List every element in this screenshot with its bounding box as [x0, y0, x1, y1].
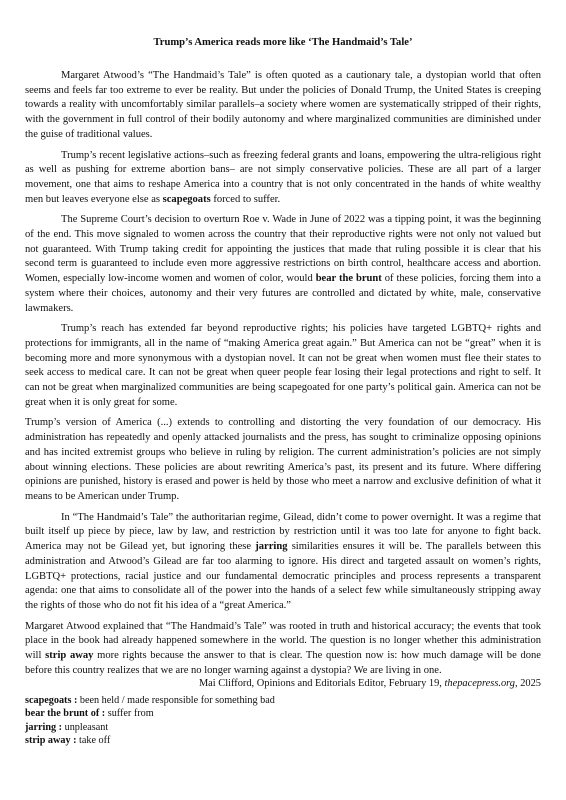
byline-year: , 2025 [515, 678, 541, 689]
vocabulary-highlight: bear the brunt [316, 273, 382, 284]
paragraph: Margaret Atwood’s “The Handmaid’s Tale” … [25, 69, 541, 143]
byline-source: thepacepress.org [445, 678, 516, 689]
paragraph-text: Trump’s version of America (...) extends… [25, 417, 541, 502]
glossary-definition: take off [77, 735, 111, 746]
glossary-term: bear the brunt of : [25, 708, 105, 719]
paragraph: Trump’s version of America (...) extends… [25, 416, 541, 504]
paragraph-text: Trump’s reach has extended far beyond re… [25, 323, 541, 408]
byline-author: Mai Clifford, Opinions and Editorials Ed… [199, 678, 445, 689]
paragraph: Trump’s recent legislative actions–such … [25, 149, 541, 208]
glossary-term: strip away : [25, 735, 77, 746]
paragraph-text: Margaret Atwood’s “The Handmaid’s Tale” … [25, 70, 541, 140]
glossary-item: strip away : take off [25, 734, 275, 747]
paragraph: The Supreme Court’s decision to overturn… [25, 213, 541, 316]
glossary-definition: been held / made responsible for somethi… [77, 695, 274, 706]
glossary: scapegoats : been held / made responsibl… [25, 694, 275, 748]
glossary-definition: unpleasant [62, 722, 108, 733]
glossary-item: bear the brunt of : suffer from [25, 707, 275, 720]
paragraph: Trump’s reach has extended far beyond re… [25, 322, 541, 410]
paragraph-text: Trump’s recent legislative actions–such … [25, 150, 541, 205]
vocabulary-highlight: strip away [45, 650, 93, 661]
article-body: Margaret Atwood’s “The Handmaid’s Tale” … [25, 69, 541, 684]
glossary-term: jarring : [25, 722, 62, 733]
vocabulary-highlight: jarring [255, 541, 287, 552]
byline: Mai Clifford, Opinions and Editorials Ed… [199, 677, 541, 692]
paragraph: In “The Handmaid’s Tale” the authoritari… [25, 511, 541, 614]
paragraph-text: more rights because the answer to that i… [25, 650, 541, 676]
glossary-term: scapegoats : [25, 695, 77, 706]
paragraph: Margaret Atwood explained that “The Hand… [25, 620, 541, 679]
paragraph-text: forced to suffer. [211, 194, 281, 205]
glossary-definition: suffer from [105, 708, 153, 719]
vocabulary-highlight: scapegoats [163, 194, 211, 205]
article-title: Trump’s America reads more like ‘The Han… [25, 36, 541, 51]
glossary-item: scapegoats : been held / made responsibl… [25, 694, 275, 707]
glossary-item: jarring : unpleasant [25, 721, 275, 734]
